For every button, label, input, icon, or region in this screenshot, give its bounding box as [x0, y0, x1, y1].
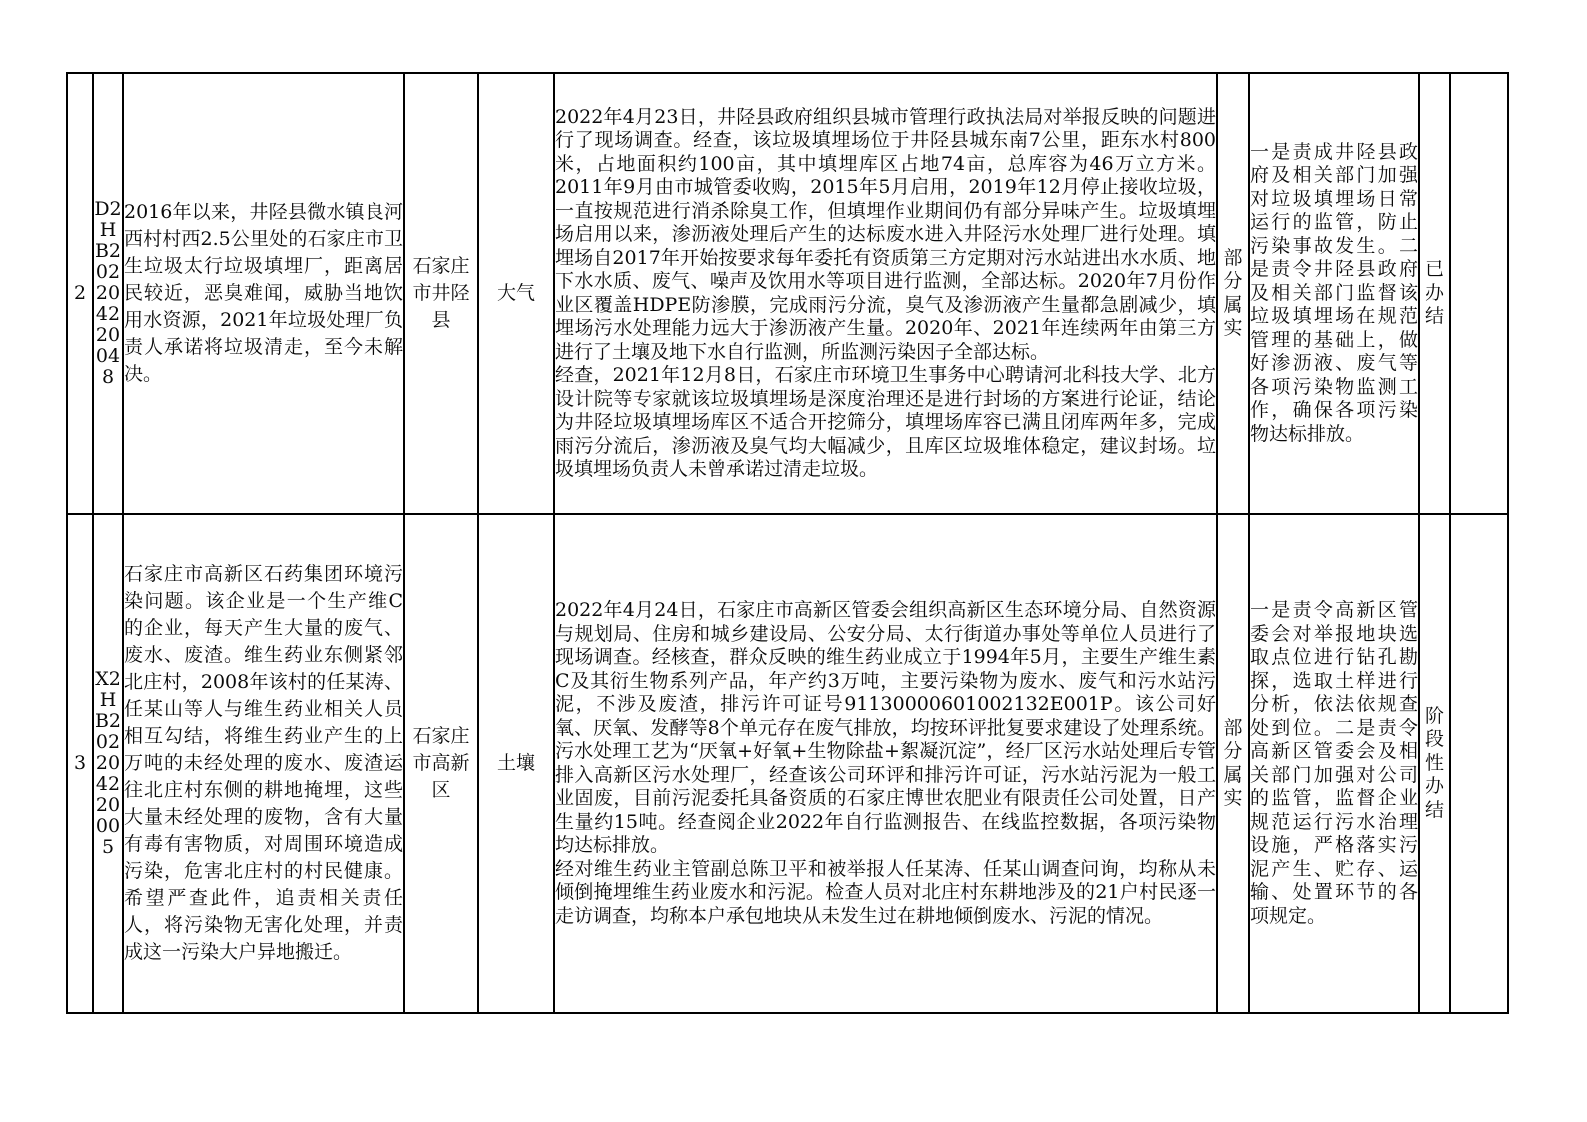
investigation-cell: 2022年4月23日，井陉县政府组织县城市管理行政执法局对举报反映的问题进行了现… [554, 73, 1217, 514]
verification-cell: 部分属实 [1217, 73, 1249, 514]
table-row: 2 D2HB202204220048 2016年以来，井陉县微水镇良河西村村西2… [67, 73, 1508, 514]
measures-cell: 一是责令高新区管委会对举报地块选取点位进行钻孔勘探，选取土样进行分析，依法依规查… [1249, 514, 1419, 1013]
document-page: 2 D2HB202204220048 2016年以来，井陉县微水镇良河西村村西2… [0, 0, 1587, 1122]
case-id-cell: X2HB202204220005 [93, 514, 123, 1013]
complaints-table: 2 D2HB202204220048 2016年以来，井陉县微水镇良河西村村西2… [66, 72, 1509, 1014]
investigation-paragraph: 2022年4月23日，井陉县政府组织县城市管理行政执法局对举报反映的问题进行了现… [555, 106, 1216, 365]
investigation-paragraph: 2022年4月24日，石家庄市高新区管委会组织高新区生态环境分局、自然资源与规划… [555, 599, 1216, 858]
status-cell: 阶段性办结 [1419, 514, 1450, 1013]
case-id-cell: D2HB202204220048 [93, 73, 123, 514]
row-number-cell: 2 [67, 73, 93, 514]
region-cell: 石家庄市井陉县 [404, 73, 478, 514]
status-cell: 已办结 [1419, 73, 1450, 514]
investigation-cell: 2022年4月24日，石家庄市高新区管委会组织高新区生态环境分局、自然资源与规划… [554, 514, 1217, 1013]
pollution-type-cell: 土壤 [478, 514, 554, 1013]
investigation-paragraph: 经查，2021年12月8日，石家庄市环境卫生事务中心聘请河北科技大学、北方设计院… [555, 364, 1216, 482]
complaint-cell: 2016年以来，井陉县微水镇良河西村村西2.5公里处的石家庄市卫生垃圾太行垃圾填… [123, 73, 404, 514]
empty-cell [1450, 73, 1508, 514]
region-cell: 石家庄市高新区 [404, 514, 478, 1013]
row-number-cell: 3 [67, 514, 93, 1013]
investigation-paragraph: 经对维生药业主管副总陈卫平和被举报人任某涛、任某山调查问询，均称从未倾倒掩埋维生… [555, 858, 1216, 929]
empty-cell [1450, 514, 1508, 1013]
table-row: 3 X2HB202204220005 石家庄市高新区石药集团环境污染问题。该企业… [67, 514, 1508, 1013]
complaint-cell: 石家庄市高新区石药集团环境污染问题。该企业是一个生产维C的企业，每天产生大量的废… [123, 514, 404, 1013]
verification-cell: 部分属实 [1217, 514, 1249, 1013]
pollution-type-cell: 大气 [478, 73, 554, 514]
measures-cell: 一是责成井陉县政府及相关部门加强对垃圾填埋场日常运行的监管，防止污染事故发生。二… [1249, 73, 1419, 514]
